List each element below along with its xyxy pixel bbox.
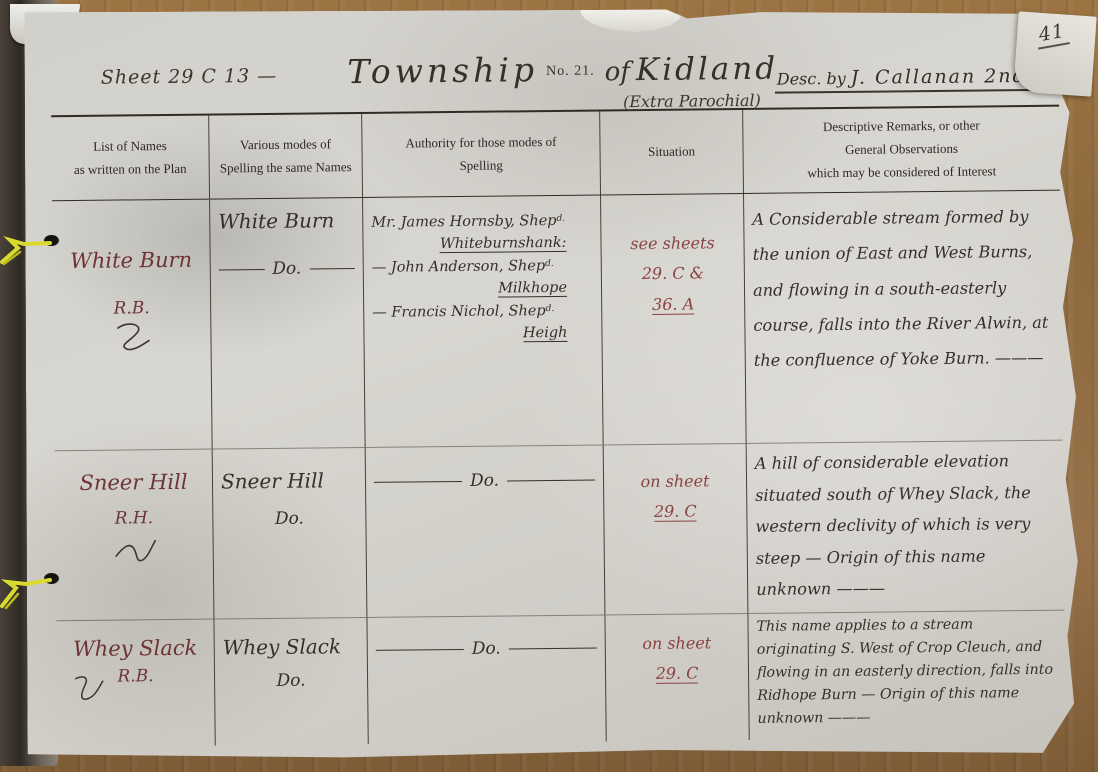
of-word: of <box>603 57 633 87</box>
entry-spelling-sneer-hill: Sneer Hill Do. <box>213 448 368 620</box>
col-header-situation: Situation <box>600 110 744 195</box>
entry-authority-whey-slack: Do. <box>367 615 606 743</box>
township-name: Kidland <box>636 51 778 88</box>
entry-remarks-whey-slack: This name applies to a stream originatin… <box>748 611 1065 740</box>
township-number: No. 21. <box>542 63 599 79</box>
ledger-page: Sheet 29 C 13 — Township No. 21. of Kidl… <box>24 8 1079 761</box>
entry-situation-white-burn: see sheets 29. C & 36. A <box>601 194 747 445</box>
entry-spelling-whey-slack: Whey Slack Do. <box>214 618 368 746</box>
desk-surface: Sheet 29 C 13 — Township No. 21. of Kidl… <box>0 0 1098 772</box>
entry-spelling-white-burn: White Burn Do. <box>210 198 366 450</box>
col-header-remarks: Descriptive Remarks, or other General Ob… <box>743 107 1060 194</box>
entry-situation-sneer-hill: on sheet 29. C <box>604 444 749 615</box>
entry-authority-white-burn: Mr. James Hornsby, Shepd. Whiteburnshank… <box>363 195 604 447</box>
flourish-mark <box>109 532 159 567</box>
entry-authority-sneer-hill: Do. <box>366 445 606 617</box>
township-word: Township <box>347 50 538 91</box>
descby-label: Desc. by <box>777 69 846 89</box>
entry-name-whey-slack: Whey Slack R.B. <box>56 620 215 748</box>
col-header-spelling: Various modes of Spelling the same Names <box>209 114 363 200</box>
checker-initials: R.H. <box>63 508 204 529</box>
binding-cord <box>0 218 60 278</box>
col-header-names: List of Names as written on the Plan <box>51 116 210 202</box>
flourish-mark <box>71 673 115 703</box>
entry-remarks-white-burn: A Considerable stream formed by the unio… <box>744 191 1063 444</box>
col-header-authority: Authority for those modes of Spelling <box>362 111 601 197</box>
entry-remarks-sneer-hill: A hill of considerable elevation situate… <box>747 441 1065 614</box>
flourish-mark <box>109 322 155 352</box>
checker-initials: R.B. <box>61 298 202 319</box>
entry-name-white-burn: White Burn R.B. <box>52 200 213 452</box>
name-book-table: List of Names as written on the Plan Var… <box>51 105 1066 748</box>
sheet-reference: Sheet 29 C 13 — <box>101 65 278 89</box>
entry-situation-whey-slack: on sheet 29. C <box>605 614 749 741</box>
binding-cord <box>0 556 60 616</box>
township-title: Township No. 21. of Kidland <box>333 47 793 91</box>
entry-name-sneer-hill: Sneer Hill R.H. <box>55 450 215 622</box>
